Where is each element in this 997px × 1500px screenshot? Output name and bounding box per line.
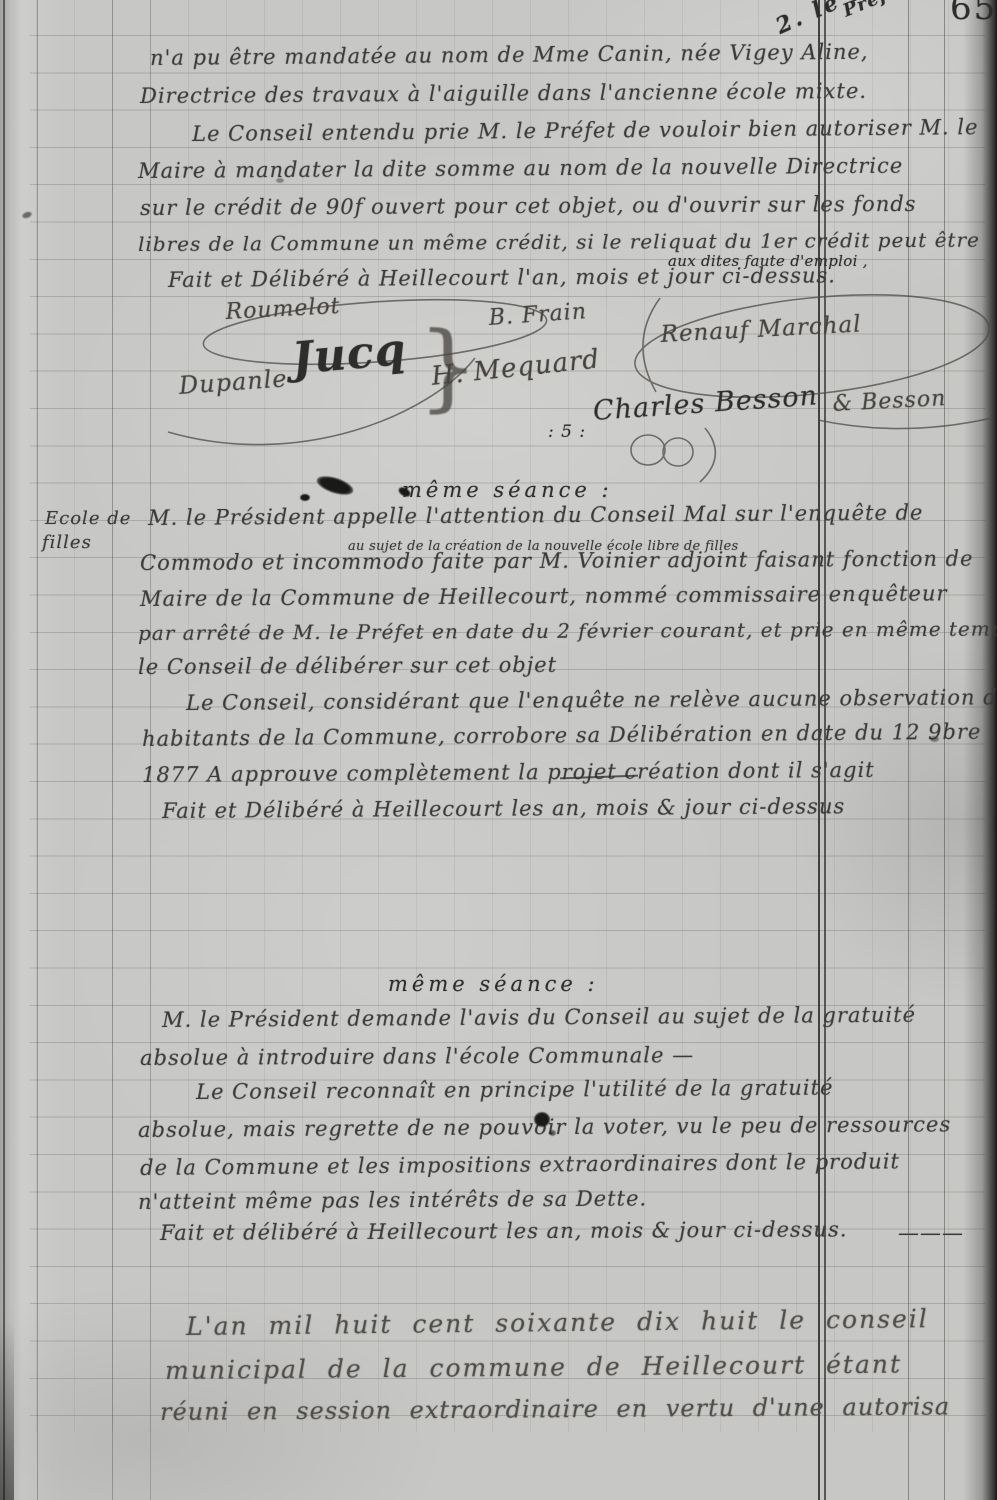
page-number: 65 bbox=[950, 0, 997, 28]
handwritten-line: Commodo et incommodo faite par M. Voinie… bbox=[140, 547, 974, 575]
ink-speck bbox=[930, 736, 939, 742]
handwritten-line: de la Commune et les impositions extraor… bbox=[140, 1149, 900, 1180]
handwritten-line: Le Conseil, considérant que l'enquête ne… bbox=[186, 685, 997, 715]
ink-speck bbox=[276, 178, 284, 183]
handwritten-line: n'a pu être mandatée au nom de Mme Canin… bbox=[150, 40, 869, 70]
section-header: même séance : bbox=[402, 478, 613, 502]
margin-note-line2: filles bbox=[42, 532, 92, 553]
handwritten-line: 1877 A approuve complètement la projet c… bbox=[142, 758, 875, 787]
handwritten-line: municipal de la commune de Heillecourt é… bbox=[165, 1350, 902, 1385]
right-column-rule-1 bbox=[908, 0, 909, 1500]
ink-blot bbox=[300, 494, 310, 501]
signature: Renauf Marchal bbox=[660, 311, 862, 347]
handwritten-line: par arrêté de M. le Préfet en date du 2 … bbox=[138, 616, 997, 645]
margin-rule-inner bbox=[112, 0, 113, 1500]
signature-brace: } bbox=[418, 312, 479, 422]
handwritten-line: Directrice des travaux à l'aiguille dans… bbox=[140, 79, 867, 108]
handwritten-line: M. le Président demande l'avis du Consei… bbox=[162, 1003, 916, 1032]
section-header: même séance : bbox=[388, 972, 599, 996]
handwritten-line: habitants de la Commune, corrobore sa Dé… bbox=[142, 720, 981, 751]
register-page: 65 Préfet 2. le Mars 18 Ecole de filles … bbox=[0, 0, 997, 1500]
right-double-rule-2 bbox=[824, 0, 826, 1500]
ink-blot bbox=[315, 472, 356, 498]
facing-page-edge-line bbox=[3, 0, 5, 1500]
handwritten-line: M. le Président appelle l'attention du C… bbox=[148, 501, 924, 530]
handwritten-line: sur le crédit de 90f ouvert pour cet obj… bbox=[140, 192, 917, 220]
signature-scribble: : 5 : bbox=[548, 422, 586, 442]
signature: B. Frain bbox=[488, 299, 588, 331]
ink-speck bbox=[21, 210, 32, 219]
handwritten-line: réuni en session extraordinaire en vertu… bbox=[160, 1392, 950, 1426]
handwritten-line: n'atteint même pas les intérêts de sa De… bbox=[138, 1186, 647, 1214]
signature: Roumelot bbox=[225, 294, 341, 325]
signature: & Besson bbox=[832, 386, 947, 417]
page-right-edge-shadow bbox=[963, 0, 997, 1500]
ink-blot bbox=[549, 1130, 556, 1136]
handwritten-line: Maire de la Commune de Heillecourt, nomm… bbox=[140, 581, 948, 611]
page-left-bottom-shadow bbox=[0, 1320, 14, 1500]
margin-rule-outer bbox=[37, 0, 38, 1500]
handwritten-line: le Conseil de délibérer sur cet objet bbox=[138, 653, 557, 679]
handwritten-line: Fait et Délibéré à Heillecourt les an, m… bbox=[162, 794, 845, 823]
handwritten-line: Fait et délibéré à Heillecourt les an, m… bbox=[160, 1217, 848, 1245]
signature: Charles Besson bbox=[592, 380, 819, 427]
signature: Jucq bbox=[290, 324, 408, 385]
handwritten-line: Le Conseil entendu prie M. le Préfet de … bbox=[192, 115, 979, 146]
margin-note-line1: Ecole de bbox=[45, 508, 131, 529]
signature: Dupanle bbox=[178, 364, 288, 400]
trailing-dash: ——— bbox=[898, 1221, 964, 1245]
right-double-rule-1 bbox=[818, 0, 820, 1500]
ink-blot bbox=[534, 1112, 550, 1127]
handwritten-line: Maire à mandater la dite somme au nom de… bbox=[138, 154, 903, 183]
handwritten-line: Fait et Délibéré à Heillecourt l'an, moi… bbox=[168, 263, 836, 292]
handwritten-line: Le Conseil reconnaît en principe l'utili… bbox=[196, 1076, 834, 1104]
right-column-rule-2 bbox=[944, 0, 945, 1500]
handwritten-line: absolue à introduire dans l'école Commun… bbox=[140, 1043, 694, 1070]
